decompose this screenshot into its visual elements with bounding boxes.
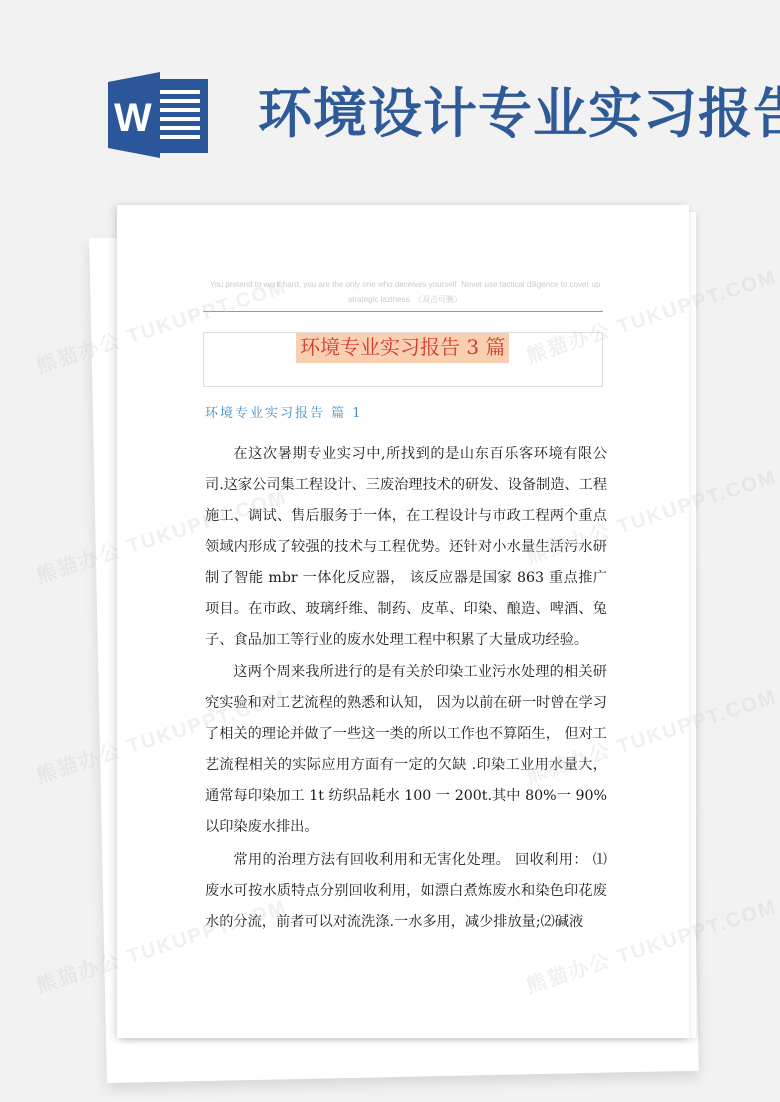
header-quote: You pretend to work hard, you are the on… <box>205 277 605 307</box>
section-heading: 环境专业实习报告 篇 1 <box>205 402 363 421</box>
word-document-icon: W <box>108 70 210 160</box>
header-divider <box>203 311 603 312</box>
svg-text:W: W <box>114 96 152 140</box>
paragraph-1: 在这次暑期专业实习中,所找到的是山东百乐客环境有限公司.这家公司集工程设计、三废… <box>205 439 607 656</box>
title-box: 环境专业实习报告 3 篇 <box>203 332 603 387</box>
document-title: 环境专业实习报告 3 篇 <box>296 333 509 363</box>
paragraph-3: 常用的治理方法有回收利用和无害化处理。 回收利用： ⑴废水可按水质特点分别回收利… <box>205 845 607 938</box>
banner: W 环境设计专业实习报告 <box>0 0 780 190</box>
document-page: You pretend to work hard, you are the on… <box>117 205 689 1038</box>
banner-title: 环境设计专业实习报告 <box>258 78 780 148</box>
paragraph-2: 这两个周来我所进行的是有关於印染工业污水处理的相关研究实验和对工艺流程的熟悉和认… <box>205 657 607 843</box>
